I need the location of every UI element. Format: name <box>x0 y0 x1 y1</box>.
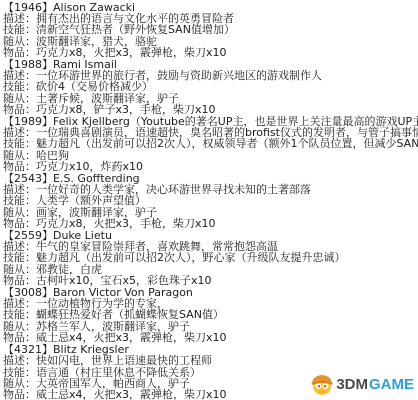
watermark-game-text: GAME <box>369 376 414 393</box>
items-label: 物品： <box>3 274 36 287</box>
character-items-line: 物品：威士忌x4，火把x3，霰弹枪，柴刀x10 <box>3 332 418 343</box>
character-entry: 【2543】E.S. Goffterding 描述：一位好奇的人类学家，决心环游… <box>3 173 418 229</box>
character-items-line: 物品：巧克力x8，火把x3，霰弹枪，柴刀x10 <box>3 47 418 58</box>
watermark-3dm-text: 3DM <box>336 376 368 393</box>
skill-value: 魅力超凡（出发前可以招2次人），权威领导者（额外1个队员位置，但减少SAN值上限… <box>36 137 418 150</box>
character-items-line: 物品：巧克力x8，火把x3，手枪，柴刀x10 <box>3 218 418 229</box>
items-value: 威士忌x4，火把x3，霰弹枪，柴刀x10 <box>36 331 227 344</box>
character-items-line: 物品：古柯叶x10，宝石x5，彩色珠子x10 <box>3 275 418 286</box>
items-value: 巧克力x8，铲子x3，手枪，柴刀x10 <box>36 103 216 116</box>
3dm-mascot-icon <box>309 372 335 396</box>
items-label: 物品： <box>3 388 36 400</box>
items-value: 巧克力x10，炸药x10 <box>36 160 143 173</box>
items-value: 巧克力x8，火把x3，霰弹枪，柴刀x10 <box>36 46 227 59</box>
items-value: 古柯叶x10，宝石x5，彩色珠子x10 <box>36 274 212 287</box>
items-value: 巧克力x8，火把x3，手枪，柴刀x10 <box>36 217 216 230</box>
items-label: 物品： <box>3 217 36 230</box>
character-list: 【1946】Alison Zawacki 描述：拥有杰出的语言与文化水平的英勇冒… <box>0 0 418 400</box>
character-entry: 【1988】Rami Ismail 描述：一位环游世界的旅行者，鼓励与资助新兴地… <box>3 59 418 115</box>
character-entry: 【3008】Baron Victor Von Paragon 描述：一位动植物行… <box>3 287 418 343</box>
character-entry: 【1989】Felix Kjellberg（Youtube的著名UP主，也是世界… <box>3 116 418 172</box>
items-label: 物品： <box>3 160 36 173</box>
character-entry: 【1946】Alison Zawacki 描述：拥有杰出的语言与文化水平的英勇冒… <box>3 2 418 58</box>
items-label: 物品： <box>3 103 36 116</box>
items-value: 威士忌x4，火把x3，霰弹枪，柴刀x10 <box>36 388 227 400</box>
character-items-line: 物品：巧克力x10，炸药x10 <box>3 161 418 172</box>
character-items-line: 物品：巧克力x8，铲子x3，手枪，柴刀x10 <box>3 104 418 115</box>
character-entry: 【2559】Duke Lietu 描述：牛气的皇家冒险崇拜者，喜欢跳舞，常常抱怨… <box>3 230 418 286</box>
items-label: 物品： <box>3 46 36 59</box>
items-label: 物品： <box>3 331 36 344</box>
3dmgame-watermark: 3DMGAME <box>309 372 414 396</box>
